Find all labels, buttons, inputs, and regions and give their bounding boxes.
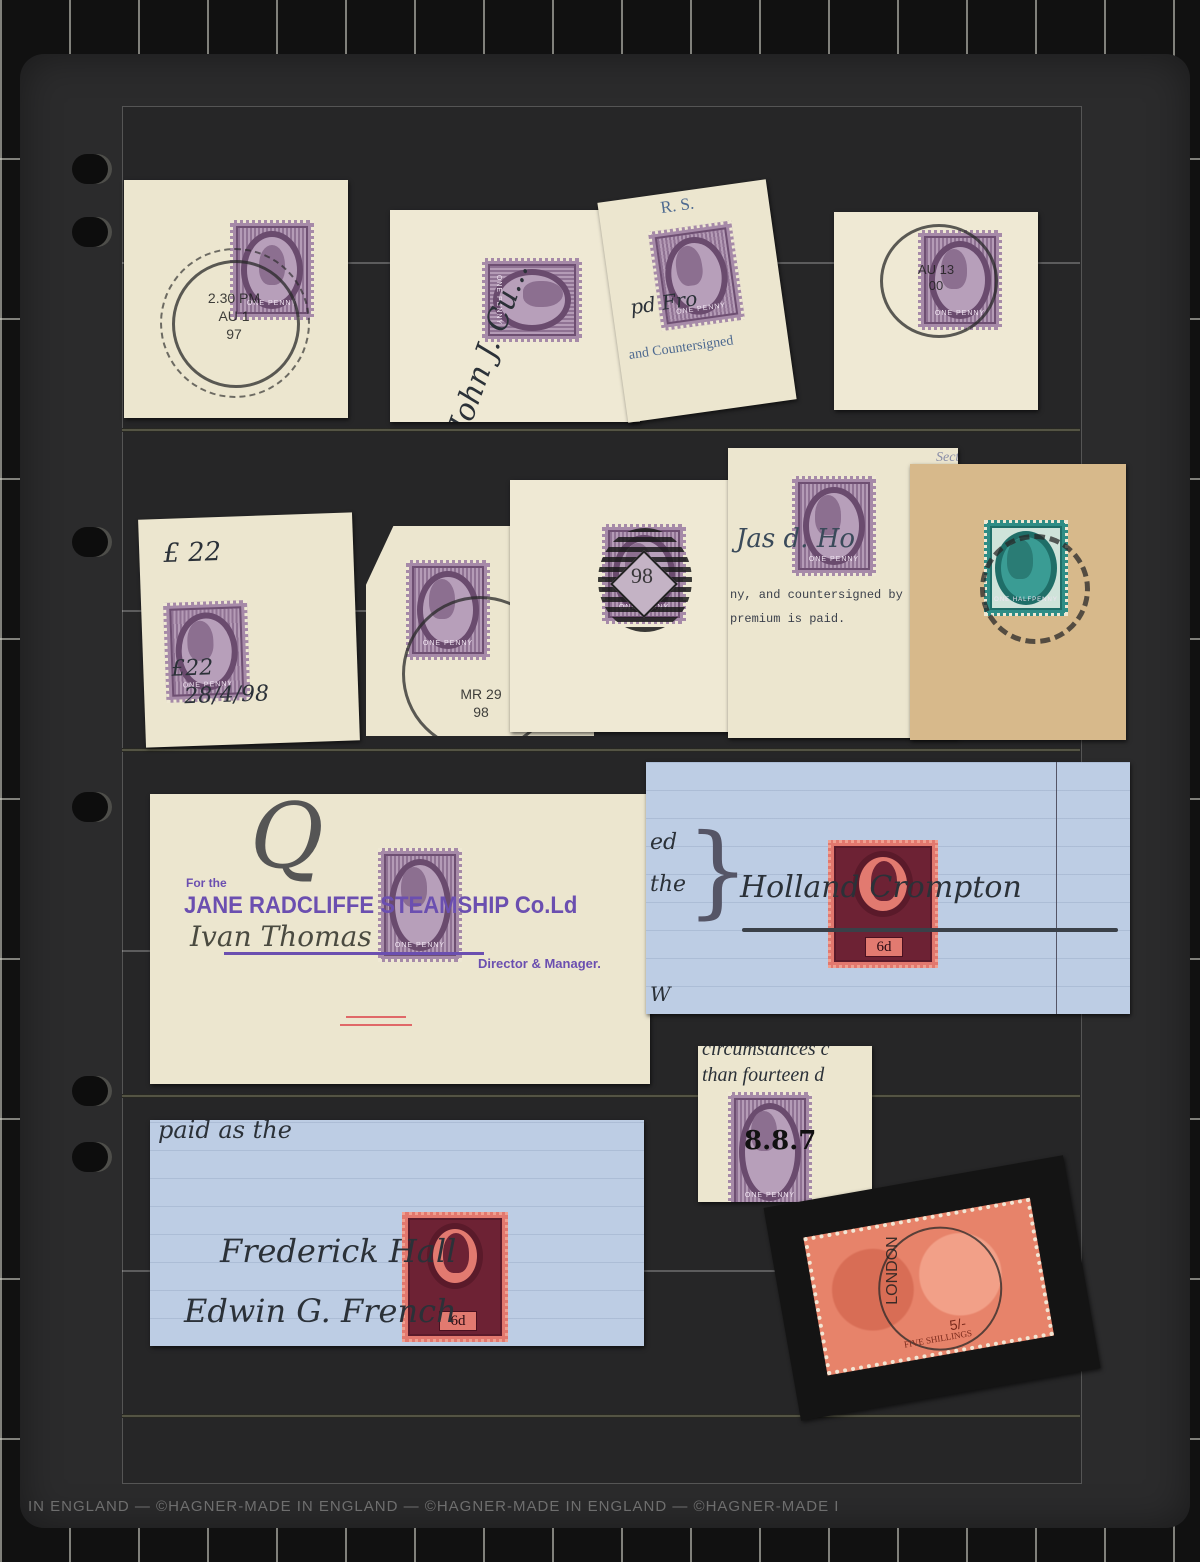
page-imprint: IN ENGLAND — ©HAGNER-MADE IN ENGLAND — ©… [28, 1498, 1188, 1522]
postmark-time: 2.30 PM [194, 290, 274, 306]
handwritten-flourish: Q [250, 794, 324, 889]
strip-divider [122, 1094, 1080, 1098]
underline-stroke [742, 928, 1118, 932]
stamp-piece-7[interactable]: ONE PENNY 98 [510, 480, 734, 732]
signature: Jas d. Ho [736, 524, 855, 554]
binder-hole [72, 217, 112, 247]
postmark [980, 534, 1090, 644]
red-rule [346, 1016, 406, 1018]
stamp-piece-12[interactable]: paid as the 6d Frederick Hall Edwin G. F… [150, 1120, 644, 1346]
stamp-piece-13[interactable]: circumstances c than fourteen d ONE PENN… [698, 1046, 872, 1202]
signature: Ivan Thomas [190, 920, 372, 953]
stamp-seahorse-five-shillings: LONDON 5/- FIVE SHILLINGS [803, 1198, 1054, 1376]
binder-hole [72, 792, 112, 822]
stamp-piece-10[interactable]: Q ONE PENNY For the JANE RADCLIFFE STEAM… [150, 794, 650, 1084]
stamp-piece-5[interactable]: £ 22 ONE PENNY £22 28/4/98 [138, 512, 360, 747]
red-rule [340, 1024, 412, 1026]
binder-hole [72, 527, 112, 557]
handwriting: the [650, 872, 686, 897]
handwriting-line: Edwin G. French [184, 1292, 457, 1330]
strip-divider [122, 748, 1080, 752]
printed-text: premium is paid. [730, 612, 845, 626]
binder-hole [72, 1076, 112, 1106]
handwriting: ed [650, 830, 677, 855]
strip-divider [122, 1414, 1080, 1418]
handwriting-line: £ 22 [163, 537, 222, 569]
handwriting: Holland Crompton [740, 870, 1022, 905]
binder-hole [72, 154, 112, 184]
printed-text: ny, and countersigned by the [730, 588, 932, 602]
strip-divider [122, 428, 1080, 432]
stamp-piece-3[interactable]: R. S. ONE PENNY pd Fro and Countersigned [597, 179, 796, 422]
postmark-town: LONDON [885, 1265, 901, 1305]
stamp-piece-1[interactable]: ONE PENNY 2.30 PM AU 1 97 [124, 180, 348, 418]
binder-hole [72, 1142, 112, 1172]
stamp-piece-11[interactable]: ed the } 6d Holland Crompton W [646, 762, 1130, 1014]
handwriting: W [650, 982, 671, 1006]
manuscript-cancel: 8.8.7 [744, 1126, 816, 1156]
handwriting-line: Frederick Hall [220, 1232, 456, 1270]
handwriting-line: paid as the [158, 1120, 292, 1144]
printed-text: circumstances c [702, 1046, 830, 1061]
printed-text: and Countersigned [628, 333, 735, 364]
postmark-year: 00 [896, 278, 976, 294]
company-cachet: JANE RADCLIFFE STEAMSHIP Co.Ld [184, 892, 577, 920]
cachet-rule [224, 952, 484, 955]
cancel-numeral: 98 [612, 568, 672, 584]
stamp-piece-4[interactable]: ONE PENNY AU 13 00 [834, 212, 1038, 410]
postmark-date: AU 13 [896, 262, 976, 278]
cachet-prefix: For the [186, 876, 227, 890]
cachet-title: Director & Manager. [478, 956, 601, 971]
printed-text: R. S. [659, 194, 695, 218]
postmark-date: AU 1 [194, 308, 274, 324]
ruled-margin [1056, 762, 1057, 1014]
postmark-year: 97 [194, 326, 274, 342]
stamp-piece-9[interactable]: ONE HALFPENNY [910, 464, 1126, 740]
handwriting-line: 28/4/98 [184, 681, 270, 709]
printed-text: than fourteen d [702, 1064, 824, 1087]
handwriting-line: £22 [171, 655, 214, 681]
